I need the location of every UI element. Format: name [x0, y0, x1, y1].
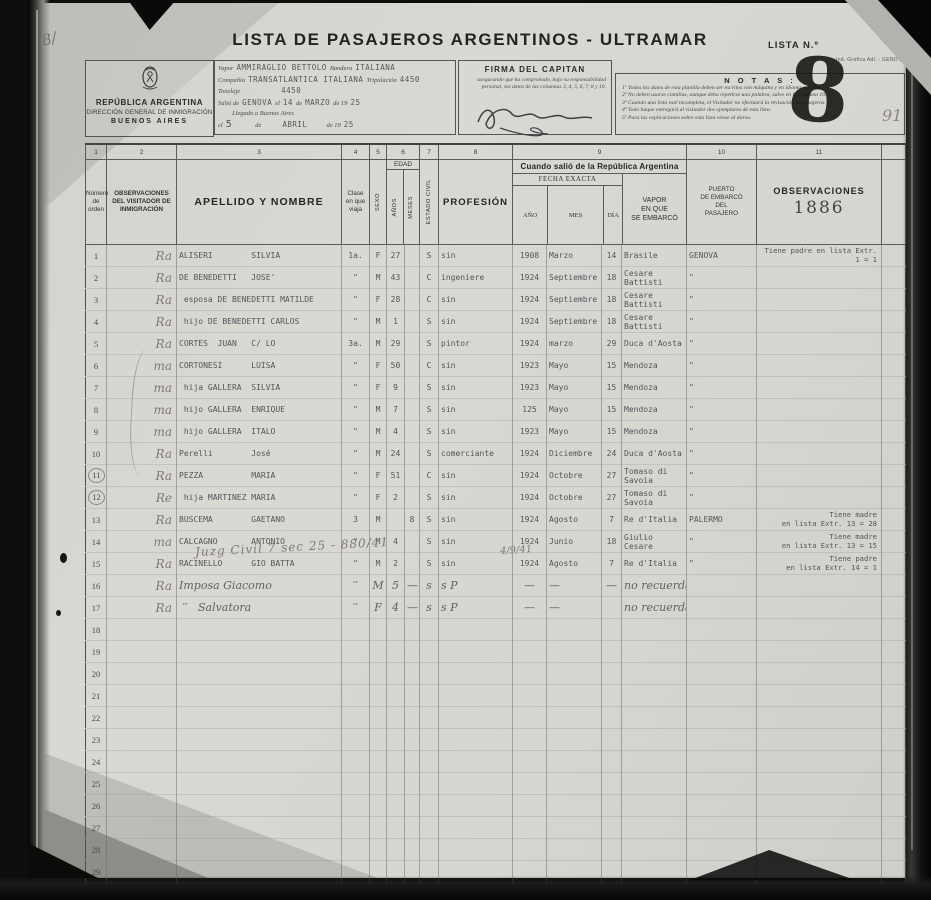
cell-meses — [405, 795, 420, 817]
cell-estado: S — [420, 509, 439, 531]
cell-anos: 27 — [387, 245, 405, 267]
cell-ano: 1908 — [513, 245, 547, 267]
cell-obs — [757, 685, 882, 707]
cell-anos: 2 — [387, 553, 405, 575]
cell-dia: 18 — [602, 267, 622, 289]
cell-obs — [757, 707, 882, 729]
nota-item: 3º Cuando una lista esté incompleta, el … — [622, 100, 898, 107]
cell-ano: 1923 — [513, 355, 547, 377]
cell-obs — [757, 443, 882, 465]
cell-sexo: F — [370, 487, 387, 509]
cell-vapor: Giulio Cesare — [622, 531, 687, 553]
cell-anos — [387, 641, 405, 663]
cell-margin — [882, 641, 906, 663]
cell-puerto — [687, 707, 757, 729]
header-mes: MES — [548, 186, 604, 244]
cell-vapor: Re d'Italia — [622, 509, 687, 531]
cell-vapor: Cesare Battisti — [622, 267, 687, 289]
cell-ano: — — [513, 597, 547, 619]
header-ano: AÑO — [513, 186, 548, 244]
cell-mark: Ra — [107, 289, 177, 311]
cell-prof: s P — [439, 575, 513, 597]
cell-meses — [405, 245, 420, 267]
cell-dia: 15 — [602, 399, 622, 421]
cell-margin — [882, 795, 906, 817]
cell-vapor: no recuerda — [622, 597, 687, 619]
cell-dia: 18 — [602, 289, 622, 311]
cell-estado: C — [420, 355, 439, 377]
cell-mark: Ra — [107, 267, 177, 289]
table-row: 26 — [86, 795, 906, 817]
cell-mes — [547, 795, 602, 817]
el-label-2: el — [218, 121, 223, 132]
cell-estado: S — [420, 245, 439, 267]
cell-name: DE BENEDETTI JOSE' — [177, 267, 342, 289]
cell-name: hija GALLERA SILVIA — [177, 377, 342, 399]
cell-mark — [107, 685, 177, 707]
cell-ano: 1923 — [513, 377, 547, 399]
cell-sexo — [370, 773, 387, 795]
cell-ano — [513, 663, 547, 685]
observaciones-year-stamp: 1886 — [793, 198, 844, 218]
ink-blot — [56, 610, 61, 616]
cell-clase: " — [342, 421, 370, 443]
cell-mark — [107, 641, 177, 663]
cell-clase: " — [342, 487, 370, 509]
cell-sexo — [370, 751, 387, 773]
cell-num: 13 — [86, 509, 107, 531]
cell-sexo: M — [370, 575, 387, 597]
header-edad-label: EDAD — [387, 160, 419, 170]
cell-meses — [405, 399, 420, 421]
cell-mes — [547, 729, 602, 751]
cell-clase — [342, 817, 370, 839]
cell-obs — [757, 575, 882, 597]
cell-anos — [387, 839, 405, 861]
cell-puerto: " — [687, 311, 757, 333]
cell-ano: 1924 — [513, 509, 547, 531]
cell-anos — [387, 685, 405, 707]
cell-estado — [420, 619, 439, 641]
de19-label: de 19 — [333, 99, 347, 110]
cell-dia: 27 — [602, 465, 622, 487]
cell-meses: 8 — [405, 509, 420, 531]
firma-subtitle: asegurando que ha comprobado, bajo su re… — [464, 77, 606, 91]
argentina-coat-of-arms-icon — [86, 65, 213, 96]
cell-mes — [547, 685, 602, 707]
cell-anos — [387, 795, 405, 817]
cell-sexo — [370, 729, 387, 751]
cell-mes: Octobre — [547, 465, 602, 487]
cell-mark — [107, 729, 177, 751]
cell-num: 11 — [86, 465, 107, 487]
cell-meses — [405, 443, 420, 465]
table-row: 4Ra hijo DE BENEDETTI CARLOS"M1Ssin1924S… — [86, 311, 906, 333]
cell-obs — [757, 641, 882, 663]
tripulacion-value: 4450 — [400, 75, 420, 86]
cell-obs: Tiene padre en lista Extr. 1 = 1 — [757, 245, 882, 267]
cell-clase: " — [342, 553, 370, 575]
cell-margin — [882, 575, 906, 597]
cell-meses — [405, 377, 420, 399]
cell-num: 16 — [86, 575, 107, 597]
cell-vapor — [622, 751, 687, 773]
col-number: 6 — [387, 144, 420, 160]
cell-obs — [757, 333, 882, 355]
cell-meses — [405, 663, 420, 685]
cell-sexo: M — [370, 399, 387, 421]
cell-ano — [513, 839, 547, 861]
header-margin — [882, 160, 906, 245]
compania-value: TRANSATLANTICA ITALIANA — [248, 75, 363, 86]
cell-margin — [882, 663, 906, 685]
col-number: 2 — [107, 144, 177, 160]
cell-estado — [420, 773, 439, 795]
cell-estado: S — [420, 553, 439, 575]
cell-name — [177, 663, 342, 685]
cell-mes: Septiembre — [547, 289, 602, 311]
cell-name: ′′ Salvatora — [177, 597, 342, 619]
cell-vapor: Brasile — [622, 245, 687, 267]
cell-ano: 1923 — [513, 421, 547, 443]
cell-vapor — [622, 729, 687, 751]
cell-meses — [405, 619, 420, 641]
cell-dia: — — [602, 575, 622, 597]
cell-sexo — [370, 663, 387, 685]
cell-prof — [439, 619, 513, 641]
cell-sexo — [370, 641, 387, 663]
nota-item: 4º Todo buque entregará al visitador dos… — [622, 107, 898, 114]
cell-prof — [439, 839, 513, 861]
cell-num: 6 — [86, 355, 107, 377]
cell-obs — [757, 311, 882, 333]
cell-sexo — [370, 619, 387, 641]
cell-mes — [547, 619, 602, 641]
cell-dia — [602, 597, 622, 619]
cell-clase — [342, 619, 370, 641]
cell-margin — [882, 443, 906, 465]
cell-anos: 4 — [387, 531, 405, 553]
cell-estado — [420, 839, 439, 861]
cell-sexo: M — [370, 443, 387, 465]
cell-mark: Re — [107, 487, 177, 509]
cell-clase: 3a. — [342, 333, 370, 355]
cell-obs — [757, 487, 882, 509]
cell-prof — [439, 817, 513, 839]
cell-obs — [757, 465, 882, 487]
cell-name — [177, 751, 342, 773]
cell-meses — [405, 531, 420, 553]
cell-mark: ma — [107, 531, 177, 553]
cell-meses — [405, 487, 420, 509]
page-edge-sliver-left — [36, 10, 38, 860]
cell-margin — [882, 509, 906, 531]
header-observaciones: OBSERVACIONES — [773, 186, 864, 196]
cell-sexo — [370, 685, 387, 707]
cell-clase: " — [342, 443, 370, 465]
cell-mes: Agosto — [547, 509, 602, 531]
cell-sexo — [370, 839, 387, 861]
cell-estado — [420, 663, 439, 685]
cell-dia: 18 — [602, 531, 622, 553]
cell-anos: 2 — [387, 487, 405, 509]
cell-meses — [405, 333, 420, 355]
cell-obs — [757, 795, 882, 817]
nota-item: 1º Todos los datos de esta planilla debe… — [622, 85, 898, 92]
col-number: 1 — [86, 144, 107, 160]
cell-estado: S — [420, 443, 439, 465]
de-label: de — [296, 99, 302, 110]
cell-name — [177, 619, 342, 641]
table-row: 18 — [86, 619, 906, 641]
cell-estado: S — [420, 421, 439, 443]
cell-estado: C — [420, 465, 439, 487]
cell-margin — [882, 289, 906, 311]
cell-meses — [405, 641, 420, 663]
cell-prof: sin — [439, 289, 513, 311]
cell-margin — [882, 619, 906, 641]
cell-meses — [405, 751, 420, 773]
col-number: 5 — [370, 144, 387, 160]
col-number: 10 — [687, 144, 757, 160]
cell-obs — [757, 729, 882, 751]
cell-mes: Mayo — [547, 355, 602, 377]
cell-meses: — — [405, 575, 420, 597]
cell-vapor: Mendoza — [622, 399, 687, 421]
table-row: 8ma hijo GALLERA ENRIQUE"M7Ssin125Mayo15… — [86, 399, 906, 421]
cell-margin — [882, 729, 906, 751]
tonelaje-value: 4450 — [281, 86, 301, 97]
cell-num: 17 — [86, 597, 107, 619]
cell-ano: 1924 — [513, 311, 547, 333]
cell-dia: 29 — [602, 333, 622, 355]
cell-prof — [439, 795, 513, 817]
header-observaciones-visitador: OBSERVACIONES DEL VISITADOR DE INMIGRACI… — [107, 190, 176, 214]
cell-puerto — [687, 729, 757, 751]
col-number: 8 — [439, 144, 513, 160]
scanned-document: LISTA DE PASAJEROS ARGENTINOS - ULTRAMAR… — [0, 0, 931, 900]
cell-vapor: Re d'Italia — [622, 553, 687, 575]
cell-vapor: Mendoza — [622, 377, 687, 399]
cell-margin — [882, 487, 906, 509]
col-number: 9 — [513, 144, 687, 160]
table-row: 24 — [86, 751, 906, 773]
arrive-month: ABRIL — [282, 120, 307, 131]
cell-margin — [882, 531, 906, 553]
cell-puerto: " — [687, 267, 757, 289]
cell-vapor — [622, 663, 687, 685]
cell-prof: sin — [439, 421, 513, 443]
cell-prof: s P — [439, 597, 513, 619]
cell-prof — [439, 729, 513, 751]
table-row: 25 — [86, 773, 906, 795]
cell-mes: — — [547, 597, 602, 619]
cell-margin — [882, 421, 906, 443]
cell-mes — [547, 839, 602, 861]
cell-ano: 1924 — [513, 465, 547, 487]
cell-name — [177, 707, 342, 729]
cell-name — [177, 641, 342, 663]
cell-estado: C — [420, 289, 439, 311]
cell-dia — [602, 729, 622, 751]
cell-mes: Septiembre — [547, 311, 602, 333]
cell-meses — [405, 839, 420, 861]
cell-obs — [757, 597, 882, 619]
table-row: 1RaALISERI SILVIA1a.F27Ssin1908Marzo14Br… — [86, 245, 906, 267]
cell-meses — [405, 267, 420, 289]
cell-dia: 24 — [602, 443, 622, 465]
cell-clase — [342, 641, 370, 663]
cell-anos — [387, 773, 405, 795]
header-dia: DÍA — [604, 186, 622, 244]
cell-ano — [513, 773, 547, 795]
cell-prof: sin — [439, 355, 513, 377]
cell-obs — [757, 399, 882, 421]
cell-ano: — — [513, 575, 547, 597]
cell-name: PEZZA MARIA — [177, 465, 342, 487]
cell-estado: s — [420, 597, 439, 619]
cell-mark: Ra — [107, 553, 177, 575]
cell-meses: — — [405, 597, 420, 619]
cell-estado — [420, 685, 439, 707]
cell-num: 12 — [86, 487, 107, 509]
table-row: 11RaPEZZA MARIA"F51Csin1924Octobre27Toma… — [86, 465, 906, 487]
cell-dia: 15 — [602, 421, 622, 443]
header-row: Número de orden OBSERVACIONES DEL VISITA… — [86, 160, 906, 245]
cell-puerto: " — [687, 355, 757, 377]
cell-sexo: F — [370, 355, 387, 377]
table-row: 2RaDE BENEDETTI JOSE'"M43Cingeniere1924S… — [86, 267, 906, 289]
cell-name: Imposa Giacomo — [177, 575, 342, 597]
header-edad: EDAD AÑOS MESES — [387, 160, 419, 244]
cell-vapor — [622, 795, 687, 817]
cell-anos: 9 — [387, 377, 405, 399]
cell-meses — [405, 553, 420, 575]
cell-prof: sin — [439, 377, 513, 399]
vapor-value: AMMIRAGLIO BETTOLO — [237, 63, 327, 74]
cell-sexo: M — [370, 553, 387, 575]
de-label-2: de — [255, 121, 261, 132]
cell-anos — [387, 817, 405, 839]
cell-dia — [602, 773, 622, 795]
cell-estado — [420, 817, 439, 839]
cell-ano: 1924 — [513, 333, 547, 355]
cell-mes — [547, 751, 602, 773]
cell-sexo — [370, 795, 387, 817]
cell-mes: Mayo — [547, 421, 602, 443]
cell-sexo: M — [370, 267, 387, 289]
cell-puerto: " — [687, 421, 757, 443]
cell-mark — [107, 663, 177, 685]
cell-dia: 14 — [602, 245, 622, 267]
cell-prof: pintor — [439, 333, 513, 355]
org-city: BUENOS AIRES — [86, 118, 213, 125]
cell-meses — [405, 421, 420, 443]
cell-sexo: F — [370, 289, 387, 311]
cell-anos: 7 — [387, 399, 405, 421]
header-meses: MESES — [408, 196, 414, 219]
cell-num: 1 — [86, 245, 107, 267]
cell-name — [177, 795, 342, 817]
cell-anos — [387, 751, 405, 773]
cell-ano — [513, 817, 547, 839]
cell-puerto — [687, 597, 757, 619]
cell-margin — [882, 465, 906, 487]
cell-obs — [757, 421, 882, 443]
cell-mes: Junio — [547, 531, 602, 553]
cell-sexo: M — [370, 421, 387, 443]
cell-prof — [439, 641, 513, 663]
cell-dia — [602, 751, 622, 773]
cell-puerto: " — [687, 487, 757, 509]
cell-num: 3 — [86, 289, 107, 311]
cell-sexo: F — [370, 465, 387, 487]
cell-puerto — [687, 795, 757, 817]
cell-estado — [420, 707, 439, 729]
header-clase: Clase en que viaja — [342, 190, 369, 214]
cell-margin — [882, 399, 906, 421]
cell-anos: 29 — [387, 333, 405, 355]
cell-clase: ′′ — [342, 597, 370, 619]
vapor-label: Vapor — [218, 64, 234, 75]
cell-num: 5 — [86, 333, 107, 355]
cell-clase: 3 — [342, 509, 370, 531]
cell-name — [177, 685, 342, 707]
cell-num: 18 — [86, 619, 107, 641]
cell-prof: sin — [439, 245, 513, 267]
cell-vapor: Duca d'Aosta — [622, 333, 687, 355]
cell-anos — [387, 729, 405, 751]
cell-margin — [882, 311, 906, 333]
cell-dia — [602, 685, 622, 707]
cell-mes — [547, 707, 602, 729]
table-row: 27 — [86, 817, 906, 839]
cell-anos: 5 — [387, 575, 405, 597]
cell-obs: Tiene padre en lista Extr. 14 = 1 — [757, 553, 882, 575]
cell-sexo: F — [370, 245, 387, 267]
cell-estado: S — [420, 311, 439, 333]
cell-vapor: Duca d'Aosta — [622, 443, 687, 465]
cell-mes: Septiembre — [547, 267, 602, 289]
cell-name — [177, 729, 342, 751]
cell-estado: C — [420, 267, 439, 289]
lista-number-stamp: 8 — [785, 44, 852, 136]
cell-obs — [757, 377, 882, 399]
cell-puerto — [687, 773, 757, 795]
page-title: LISTA DE PASAJEROS ARGENTINOS - ULTRAMAR — [150, 30, 790, 50]
cell-num: 9 — [86, 421, 107, 443]
cell-obs: Tiene madre en lista Extr. 13 = 15 — [757, 531, 882, 553]
salio-day: 14 — [283, 98, 293, 109]
cell-meses — [405, 465, 420, 487]
cell-puerto — [687, 641, 757, 663]
cell-name: Perelli José — [177, 443, 342, 465]
cell-name: hijo GALLERA ITALO — [177, 421, 342, 443]
pencil-page-number: 91 — [882, 106, 902, 125]
cell-meses — [405, 685, 420, 707]
col-number: 11 — [757, 144, 882, 160]
cell-estado: S — [420, 377, 439, 399]
cell-mes — [547, 663, 602, 685]
col-number: 7 — [420, 144, 439, 160]
salio-month: MARZO — [305, 98, 330, 109]
cell-estado: S — [420, 487, 439, 509]
cell-estado — [420, 729, 439, 751]
bandera-label: Bandera — [330, 64, 352, 75]
table-row: 23 — [86, 729, 906, 751]
salio-year: 25 — [350, 98, 360, 109]
cell-margin — [882, 333, 906, 355]
